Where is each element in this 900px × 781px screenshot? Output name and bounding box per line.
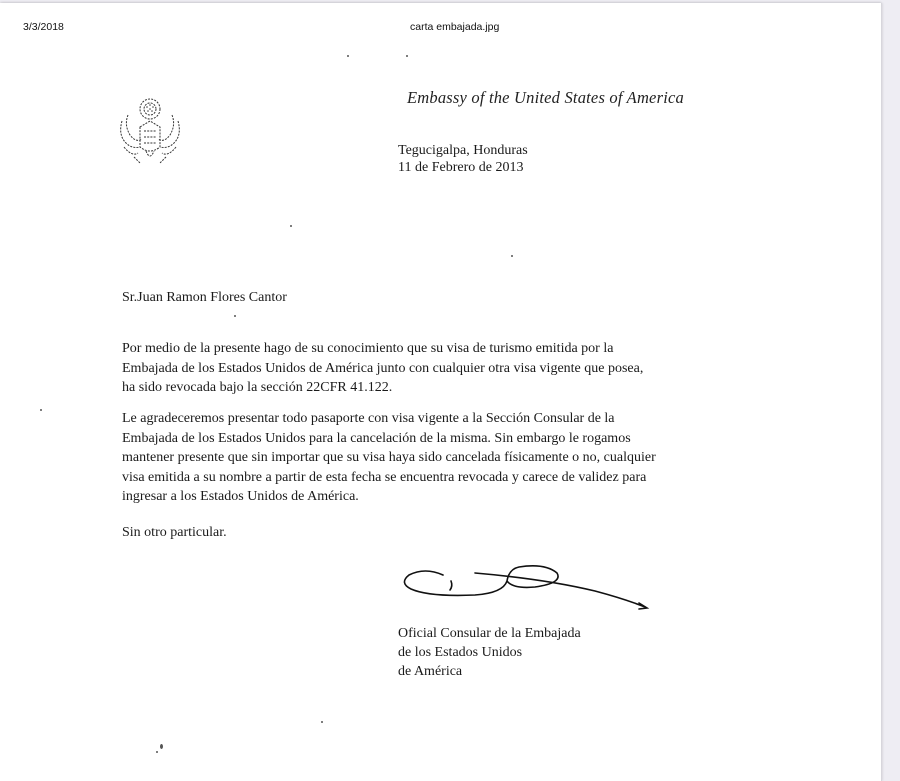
print-file-title: carta embajada.jpg [410,21,499,33]
scan-speck [160,744,163,749]
signatory-line: Oficial Consular de la Embajada [398,624,581,643]
paragraph-line: Le agradeceremos presentar todo pasaport… [122,409,656,429]
signatory-line: de América [398,662,581,681]
place-and-date: Tegucigalpa, Honduras 11 de Febrero de 2… [398,142,528,176]
paragraph-line: mantener presente que sin importar que s… [122,448,656,468]
scan-speck [290,225,292,227]
print-preview-viewer: 3/3/2018 carta embajada.jpg [0,0,900,781]
body-paragraph-2: Le agradeceremos presentar todo pasaport… [122,409,656,507]
paragraph-line: Por medio de la presente hago de su cono… [122,339,643,359]
paragraph-line: ha sido revocada bajo la sección 22CFR 4… [122,378,643,398]
scan-speck [511,255,513,257]
closing-line: Sin otro particular. [122,525,227,541]
body-paragraph-1: Por medio de la presente hago de su cono… [122,339,643,398]
document-page: 3/3/2018 carta embajada.jpg [0,3,881,781]
scan-speck [321,721,323,723]
signatory-block: Oficial Consular de la Embajada de los E… [398,624,581,681]
paragraph-line: Embajada de los Estados Unidos de Améric… [122,359,643,379]
recipient-name: Sr.Juan Ramon Flores Cantor [122,290,287,306]
letter-place: Tegucigalpa, Honduras [398,142,528,159]
scan-speck [156,751,158,753]
great-seal-eagle-icon [110,91,190,171]
signatory-line: de los Estados Unidos [398,643,581,662]
embassy-name: Embassy of the United States of America [407,88,684,108]
paragraph-line: visa emitida a su nombre a partir de est… [122,468,656,488]
paragraph-line: Embajada de los Estados Unidos para la c… [122,429,656,449]
paragraph-line: ingresar a los Estados Unidos de América… [122,487,656,507]
letter-date: 11 de Febrero de 2013 [398,159,528,176]
scan-speck [234,315,236,317]
print-date: 3/3/2018 [23,21,64,33]
scan-speck [347,55,349,57]
handwritten-signature-icon [395,553,655,623]
scan-speck [406,55,408,57]
scan-speck [40,409,42,411]
